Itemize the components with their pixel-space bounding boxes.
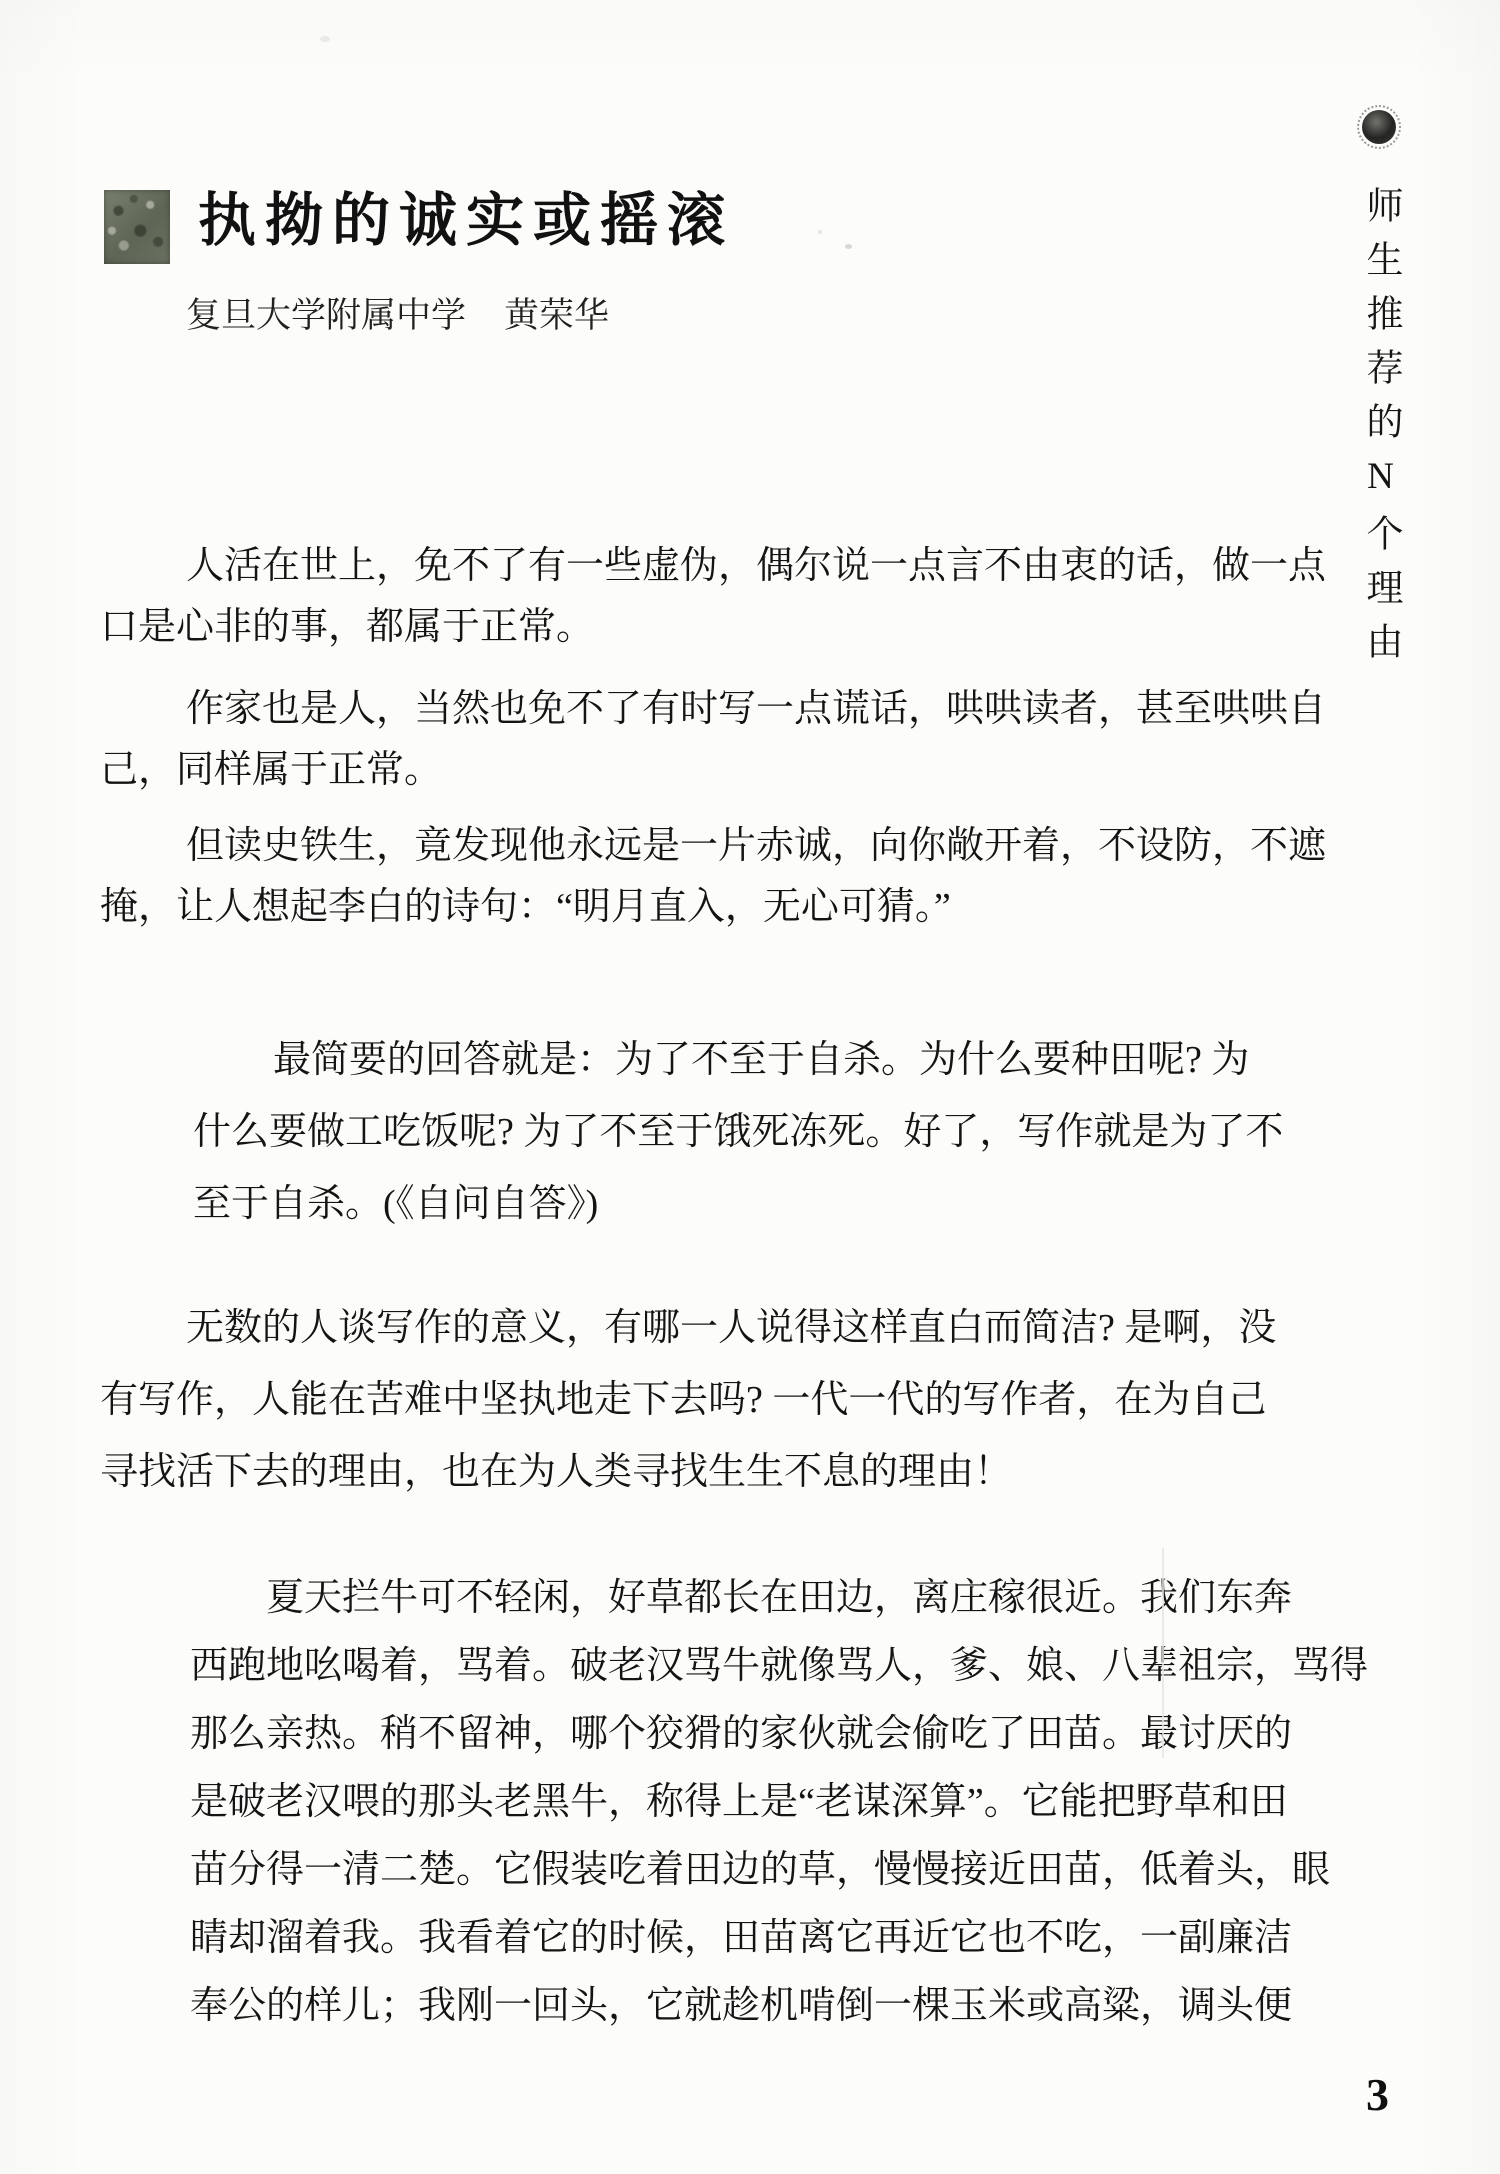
text-line: 无数的人谈写作的意义，有哪一人说得这样直白而简洁? 是啊，没 <box>100 1292 1276 1364</box>
text-line: 掩，让人想起李白的诗句：“明月直入，无心可猜。” <box>100 877 1326 938</box>
byline: 复旦大学附属中学黄荣华 <box>186 293 609 339</box>
paragraph: 作家也是人，当然也免不了有时写一点谎话，哄哄读者，甚至哄哄自 己，同样属于正常。 <box>100 679 1326 801</box>
author-school: 复旦大学附属中学 <box>186 296 466 335</box>
page-number: 3 <box>1366 2068 1389 2121</box>
text-line: 夏天拦牛可不轻闲，好草都长在田边，离庄稼很近。我们东奔 <box>190 1564 1368 1632</box>
text-line: 至于自杀。(《自问自答》) <box>193 1168 1283 1240</box>
text-line: 奉公的样儿；我刚一回头，它就趁机啃倒一棵玉米或高粱，调头便 <box>190 1972 1368 2040</box>
text-line: 西跑地吆喝着，骂着。破老汉骂牛就像骂人，爹、娘、八辈祖宗，骂得 <box>190 1632 1368 1700</box>
text-line: 人活在世上，免不了有一些虚伪，偶尔说一点言不由衷的话，做一点 <box>100 536 1326 597</box>
text-line: 什么要做工吃饭呢? 为了不至于饿死冻死。好了，写作就是为了不 <box>193 1096 1283 1168</box>
chapter-marker-icon <box>104 190 170 264</box>
paragraph: 无数的人谈写作的意义，有哪一人说得这样直白而简洁? 是啊，没 有写作，人能在苦难… <box>100 1292 1276 1508</box>
block-quote: 夏天拦牛可不轻闲，好草都长在田边，离庄稼很近。我们东奔 西跑地吆喝着，骂着。破老… <box>190 1564 1368 2040</box>
paragraph: 人活在世上，免不了有一些虚伪，偶尔说一点言不由衷的话，做一点 口是心非的事，都属… <box>100 536 1326 658</box>
text-line: 是破老汉喂的那头老黑牛，称得上是“老谋深算”。它能把野草和田 <box>190 1768 1368 1836</box>
text-line: 那么亲热。稍不留神，哪个狡猾的家伙就会偷吃了田苗。最讨厌的 <box>190 1700 1368 1768</box>
scan-speck <box>818 230 822 234</box>
text-line: 但读史铁生，竟发现他永远是一片赤诚，向你敞开着，不设防，不遮 <box>100 816 1326 877</box>
text-line: 有写作，人能在苦难中坚执地走下去吗? 一代一代的写作者，在为自己 <box>100 1364 1276 1436</box>
text-line: 己，同样属于正常。 <box>100 740 1326 801</box>
paragraph: 但读史铁生，竟发现他永远是一片赤诚，向你敞开着，不设防，不遮 掩，让人想起李白的… <box>100 816 1326 938</box>
text-line: 口是心非的事，都属于正常。 <box>100 597 1326 658</box>
page-title: 执拗的诚实或摇滚 <box>198 182 734 260</box>
text-line: 苗分得一清二楚。它假装吃着田边的草，慢慢接近田苗，低着头，眼 <box>190 1836 1368 1904</box>
text-line: 最简要的回答就是：为了不至于自杀。为什么要种田呢? 为 <box>193 1024 1283 1096</box>
scan-speck <box>320 36 330 42</box>
scan-speck <box>845 244 852 249</box>
scan-line-artifact <box>1162 1548 1164 1758</box>
text-line: 睛却溜着我。我看着它的时候，田苗离它再近它也不吃，一副廉洁 <box>190 1904 1368 1972</box>
text-line: 寻找活下去的理由，也在为人类寻找生生不息的理由！ <box>100 1436 1276 1508</box>
block-quote: 最简要的回答就是：为了不至于自杀。为什么要种田呢? 为 什么要做工吃饭呢? 为了… <box>193 1024 1283 1240</box>
author-name: 黄荣华 <box>504 296 609 335</box>
margin-rosette-icon <box>1362 110 1396 144</box>
text-line: 作家也是人，当然也免不了有时写一点谎话，哄哄读者，甚至哄哄自 <box>100 679 1326 740</box>
margin-vertical-caption: 师生推荐的N个理由 <box>1353 186 1407 676</box>
scanned-book-page: 执拗的诚实或摇滚 复旦大学附属中学黄荣华 师生推荐的N个理由 人活在世上，免不了… <box>0 0 1500 2174</box>
